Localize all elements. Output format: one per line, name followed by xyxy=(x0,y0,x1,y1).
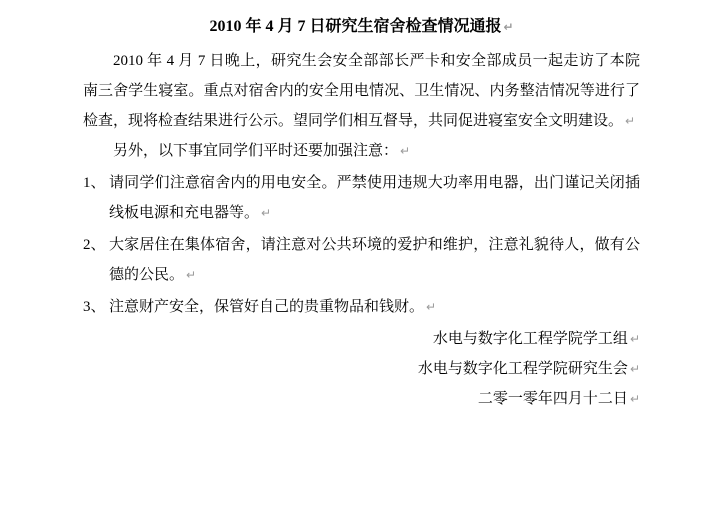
note-lead-paragraph: 另外，以下事宜同学们平时还要加强注意：↵ xyxy=(83,136,640,166)
signature-line-text: 水电与数字化工程学院研究生会 xyxy=(418,361,628,377)
list-item-number: 1、 xyxy=(83,168,106,198)
paragraph-mark: ↵ xyxy=(501,20,513,34)
intro-paragraph-text: 2010 年 4 月 7 日晚上，研究生会安全部部长严卡和安全部成员一起走访了本… xyxy=(83,53,640,129)
signature-line: 水电与数字化工程学院学工组↵ xyxy=(83,324,640,354)
paragraph-mark: ↵ xyxy=(628,392,640,406)
list-item-text: 请同学们注意宿舍内的用电安全。严禁使用违规大功率用电器，出门谨记关闭插线板电源和… xyxy=(109,175,640,221)
paragraph-mark: ↵ xyxy=(623,114,635,128)
note-lead-paragraph-text: 另外，以下事宜同学们平时还要加强注意： xyxy=(113,143,398,159)
list-item-number: 2、 xyxy=(83,230,106,260)
list-item: 3、注意财产安全，保管好自己的贵重物品和钱财。↵ xyxy=(83,292,640,322)
list-item: 1、请同学们注意宿舍内的用电安全。严禁使用违规大功率用电器，出门谨记关闭插线板电… xyxy=(83,168,640,228)
signature-line: 水电与数字化工程学院研究生会↵ xyxy=(83,354,640,384)
notice-list: 1、请同学们注意宿舍内的用电安全。严禁使用违规大功率用电器，出门谨记关闭插线板电… xyxy=(83,168,640,322)
document-title: 2010 年 4 月 7 日研究生宿舍检查情况通报↵ xyxy=(83,12,640,42)
list-item: 2、大家居住在集体宿舍，请注意对公共环境的爱护和维护，注意礼貌待人，做有公德的公… xyxy=(83,230,640,290)
list-item-text: 注意财产安全，保管好自己的贵重物品和钱财。 xyxy=(109,299,424,315)
paragraph-mark: ↵ xyxy=(424,300,436,314)
paragraph-mark: ↵ xyxy=(184,268,196,282)
signature-block: 水电与数字化工程学院学工组↵ 水电与数字化工程学院研究生会↵ 二零一零年四月十二… xyxy=(83,324,640,414)
document-title-text: 2010 年 4 月 7 日研究生宿舍检查情况通报 xyxy=(209,18,501,35)
paragraph-mark: ↵ xyxy=(259,206,271,220)
signature-date-text: 二零一零年四月十二日 xyxy=(478,391,628,407)
signature-line-text: 水电与数字化工程学院学工组 xyxy=(433,331,628,347)
document-page: 2010 年 4 月 7 日研究生宿舍检查情况通报↵ 2010 年 4 月 7 … xyxy=(0,0,724,505)
list-item-number: 3、 xyxy=(83,292,106,322)
paragraph-mark: ↵ xyxy=(628,332,640,346)
paragraph-mark: ↵ xyxy=(628,362,640,376)
intro-paragraph: 2010 年 4 月 7 日晚上，研究生会安全部部长严卡和安全部成员一起走访了本… xyxy=(83,46,640,136)
signature-date-line: 二零一零年四月十二日↵ xyxy=(83,384,640,414)
paragraph-mark: ↵ xyxy=(398,144,410,158)
